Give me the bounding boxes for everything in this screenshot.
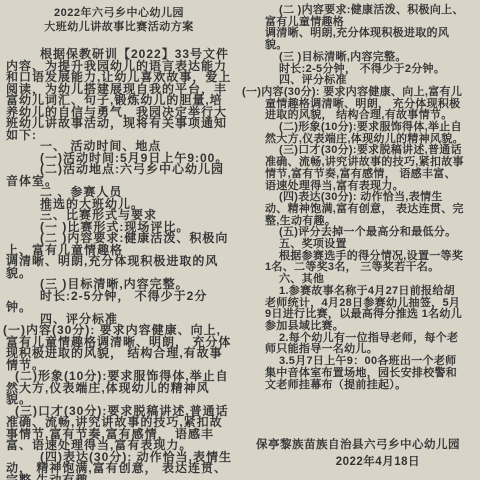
paragraph-line: (二)形象(10分):要求服饰得体,举止自然大方,仪表端庄,体现幼儿的精神风貌。 (265, 122, 464, 145)
signature-block: 保亭黎族苗族自治县六弓乡中心幼儿园 2022年4月18日 (242, 437, 468, 471)
paragraph-line: (四)表达(30分): 动作恰当,表情生动、精神饱满,富有创意， 表达连贯、完整… (265, 192, 464, 227)
paragraph-line: 调清晰、明朗,充分体现积极进取的风貌。 (265, 28, 464, 51)
paragraph-line: 五、奖项设置 (265, 239, 464, 251)
paragraph-line: (二 )内容要求:健康活泼、积极向上、富有儿童情趣格 (265, 5, 464, 28)
paragraph-line: 调清晰、明朗,充分体现积极进取的风貌。 (6, 256, 233, 279)
left-column: 根据保教研训【2022】33号文件内容、为提升我园幼儿的语言表达能力和口语发展能… (3, 49, 233, 480)
paragraph-line: (三)口才(30分):要求脱稿讲述,普通话准确、流畅,讲究讲故事的技巧,紧扣故事… (265, 145, 464, 192)
paragraph-line: (三)口才(30分):要求脱稿讲述,普通话准确、流畅,讲究讲故事的技巧,紧扣故事… (6, 406, 233, 452)
document-page: 2022年六弓乡中心幼儿园 大班幼儿讲故事比赛活动方案 根据保教研训【2022】… (0, 0, 480, 480)
paragraph-line: (二)活动地点:六弓乡中心幼儿园音体室。 (6, 164, 233, 187)
paragraph-line: 2.每个幼儿有一位指导老师，每个老师只能指导一名幼儿。 (265, 333, 464, 356)
paragraph-line: 根据保教研训【2022】33号文件内容、为提升我园幼儿的语言表达能力和口语发展能… (6, 49, 233, 141)
paragraph-line: (一)内容(30分): 要求内容健康、向上,富有儿童情趣格调清晰、明朗， 充分体… (265, 87, 464, 122)
paragraph-line: (二 )内容要求:健康活泼、积极向上、富有儿童情趣格 (6, 233, 233, 256)
paragraph-line: 1.参赛故事名称于4月27日前报给胡老师统计，4月28日参赛幼儿抽签，5月9日进… (265, 286, 464, 333)
signature-date: 2022年4月18日 (242, 454, 468, 471)
paragraph-line: (一)内容(30分): 要求内容健康、向上,富有儿童情趣格调清晰、明朗， 充分体… (6, 325, 233, 371)
document-title: 2022年六弓乡中心幼儿园 大班幼儿讲故事比赛活动方案 (0, 7, 238, 34)
paragraph-line: 时长:2-5分钟， 不得少于2分钟。 (6, 291, 233, 314)
paragraph-line: (二)形象(10分):要求服饰得体,举止自然大方,仪表端庄,体现幼儿的精神风貌。 (6, 371, 233, 406)
signature-org: 保亭黎族苗族自治县六弓乡中心幼儿园 (242, 437, 468, 454)
title-line-2: 大班幼儿讲故事比赛活动方案 (0, 21, 238, 35)
right-column: (二 )内容要求:健康活泼、积极向上、富有儿童情趣格调清晰、明朗,充分体现积极进… (242, 5, 464, 391)
paragraph-line: 根据参赛选手的得分情况,设置一等奖1名、二等奖3名， 三等奖若干名。 (265, 251, 464, 274)
paragraph-line: (三 )目标清晰,内容完整。 (265, 52, 464, 64)
title-line-1: 2022年六弓乡中心幼儿园 (0, 7, 238, 21)
paragraph-line: 3.5月7日上午9：00各班出一个老师集中音体室布置场地，园长安排校警和文老师挂… (265, 356, 464, 391)
paragraph-line: (四)表达(30分): 动作恰当,表情生动， 精神饱满,富有创意， 表达连贯、完… (6, 452, 233, 480)
